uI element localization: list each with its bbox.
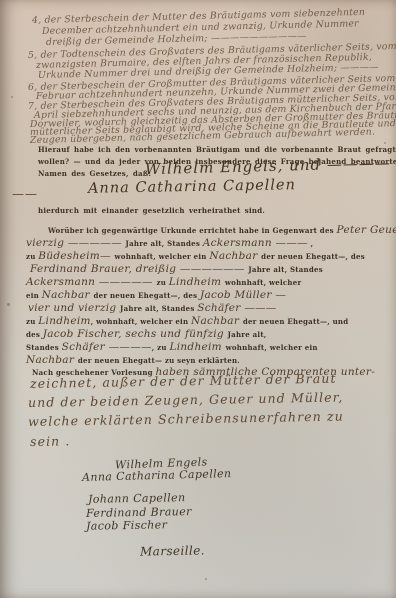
paper-speck xyxy=(7,303,10,306)
closing-line: welche erklärten Schreibensunerfahren zu xyxy=(28,410,344,428)
paper-speck xyxy=(205,578,207,580)
closing-line: zeichnet, außer der der Mütter der Braut xyxy=(30,373,337,391)
paper-speck xyxy=(384,142,386,144)
handwritten-entry: Peter Geuer, zwei und xyxy=(337,224,396,236)
signature: Johann Capellen xyxy=(88,492,186,505)
bride-name: Anna Catharina Capellen xyxy=(88,178,296,196)
official-signature: Marseille. xyxy=(140,544,205,557)
paper-speck xyxy=(11,96,13,98)
signature: Anna Catharina Capellen xyxy=(82,468,232,483)
printed-line: hierdurch mit einander gesetzlich verhei… xyxy=(38,207,265,214)
closing-line: und der beiden Zeugen, Geuer und Müller, xyxy=(28,391,344,409)
signature: Jacob Fischer xyxy=(86,519,167,531)
document-scan: 4, der Sterbeschein der Mutter des Bräut… xyxy=(0,0,396,598)
flourish-dash: —— xyxy=(12,188,38,200)
signature: Ferdinand Brauer xyxy=(86,506,192,519)
printed-line: Namen des Gesetzes, daß: xyxy=(38,170,151,177)
closing-line: sein . xyxy=(30,435,71,448)
groom-name: Wilhelm Engels, und ———— xyxy=(145,156,391,177)
printed-line: Hierauf habe ich den vorbenannten Bräuti… xyxy=(38,146,396,153)
